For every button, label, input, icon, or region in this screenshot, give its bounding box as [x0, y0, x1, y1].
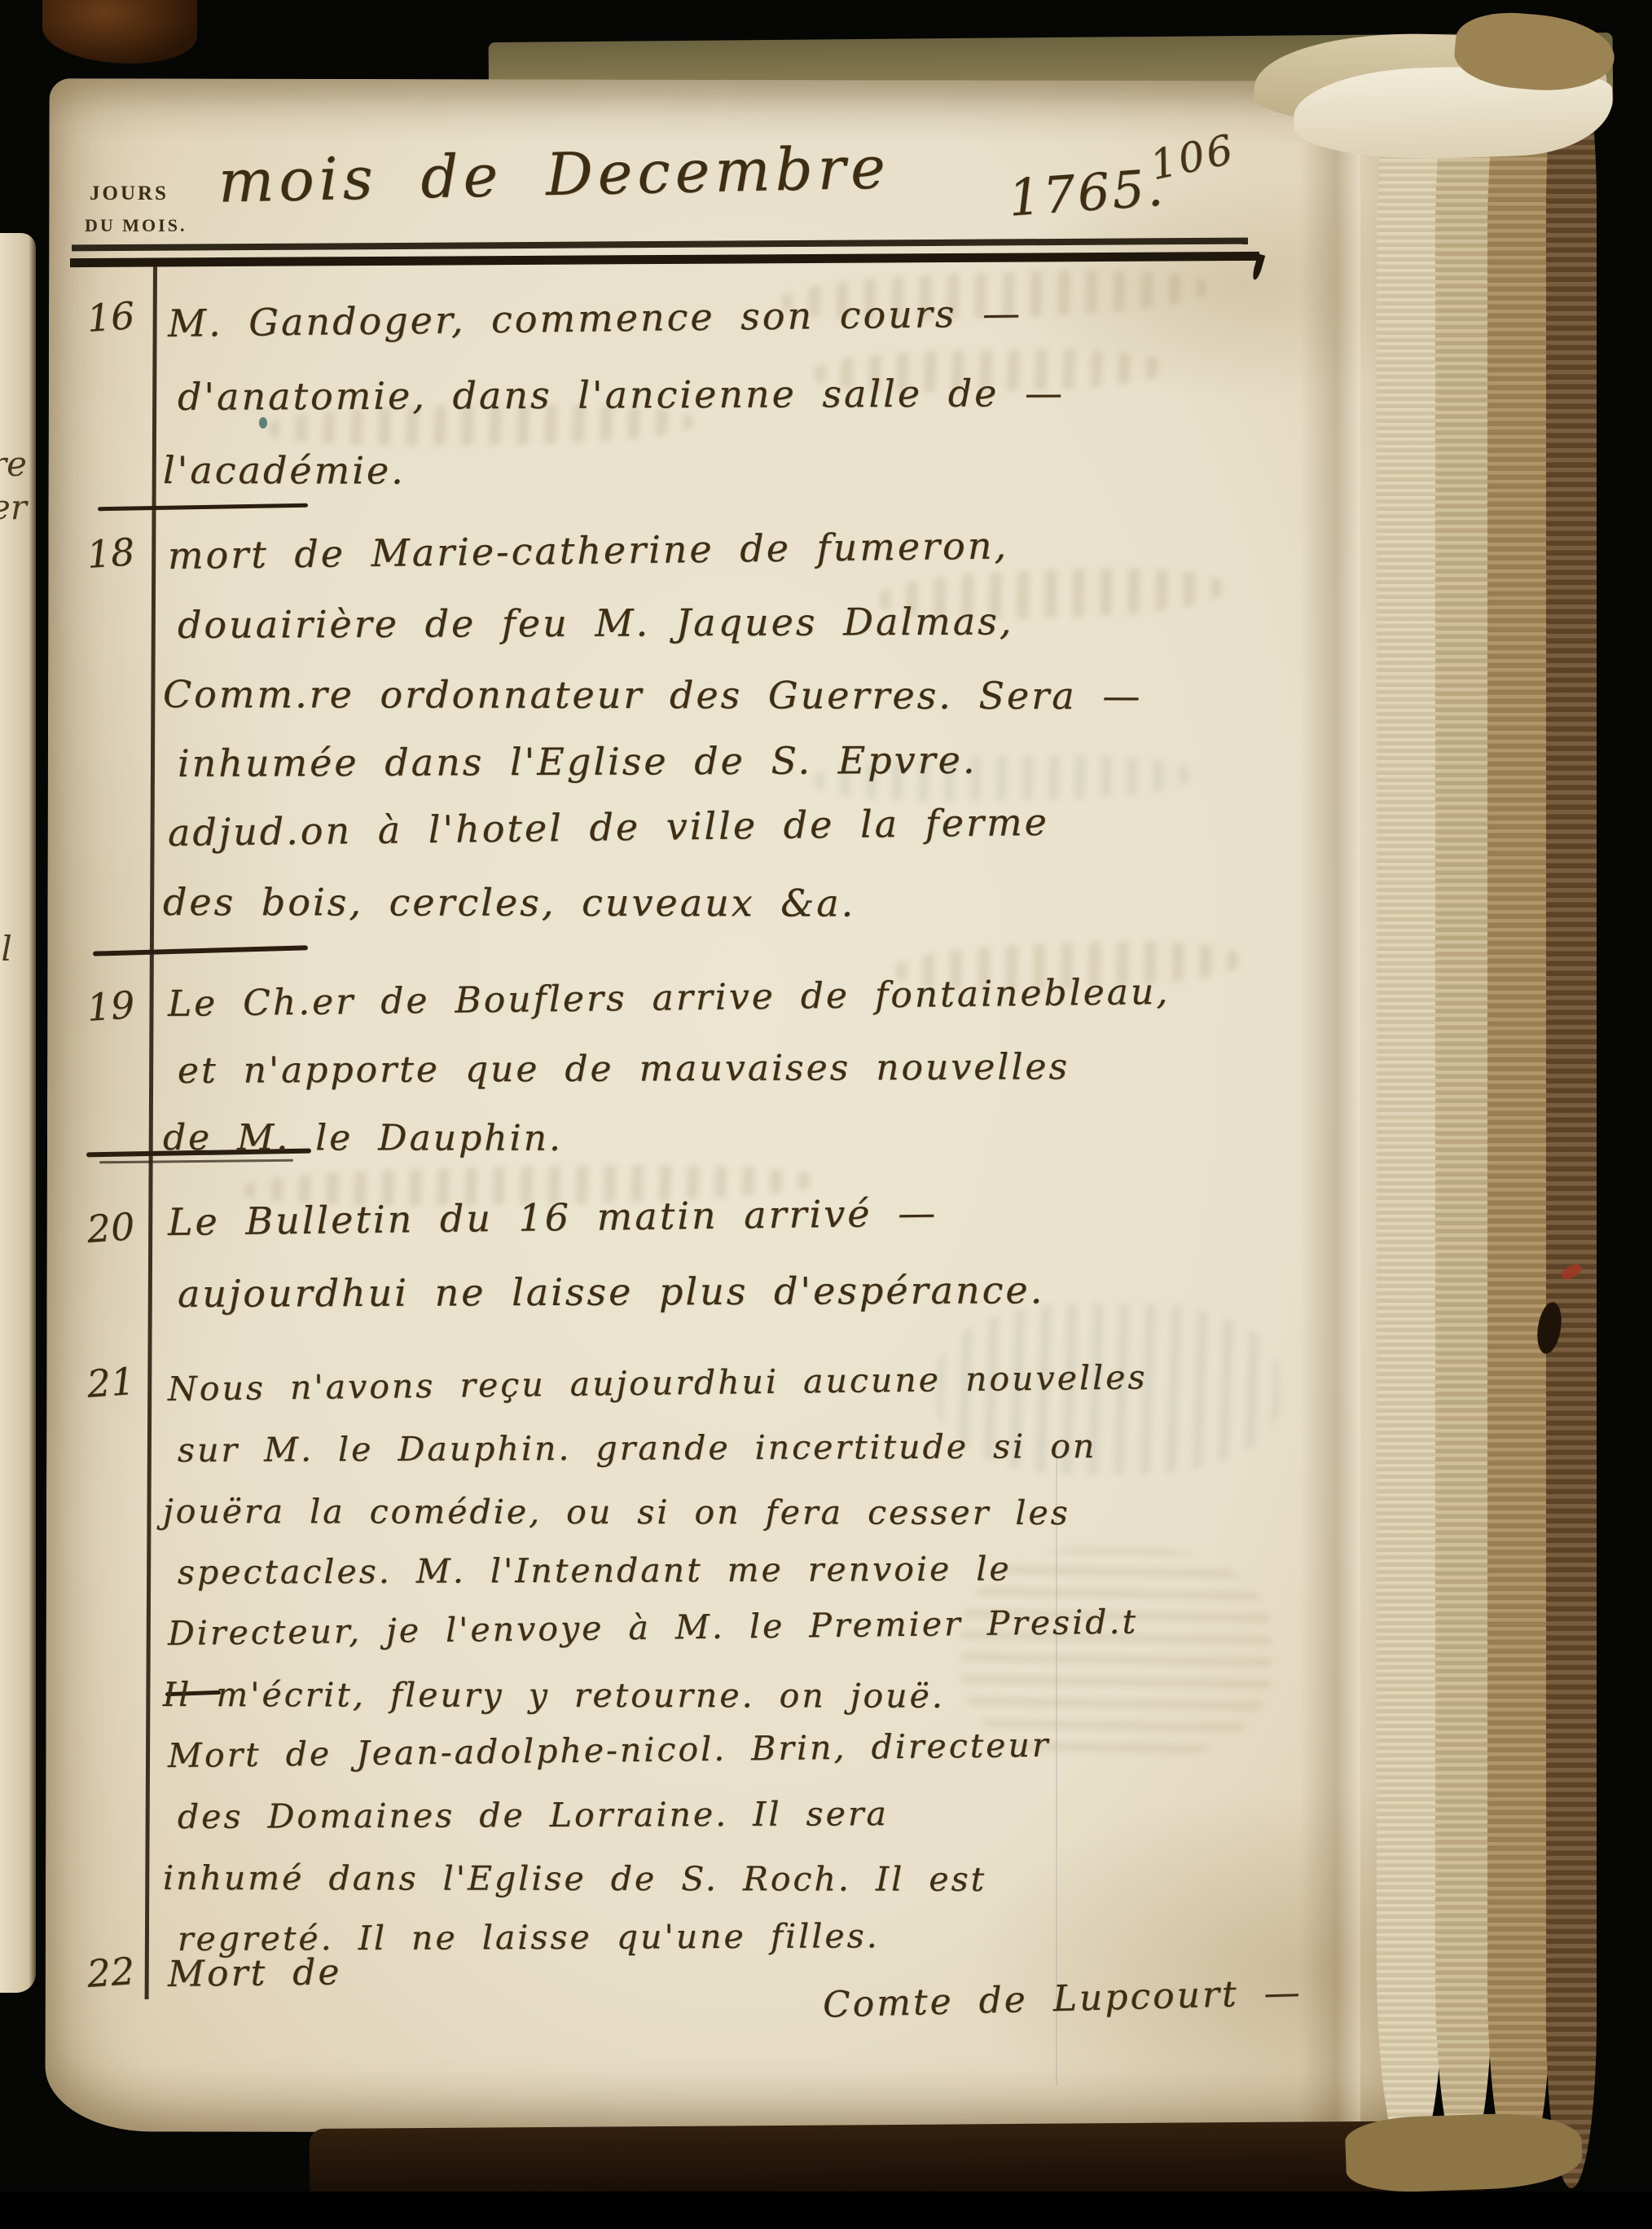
facing-page-text-fragment: ;	[0, 371, 2, 411]
page-title: mois de Decembre	[217, 133, 890, 215]
entry-line: l'académie.	[163, 433, 1050, 508]
background	[0, 2192, 1652, 2229]
fore-edge-pages	[1377, 49, 1443, 2159]
entry-line: Nous n'avons reçu aujourdhui aucune nouv…	[168, 1347, 1148, 1420]
page-year: 1765.	[1007, 157, 1167, 227]
entry-line: Mort de Jean-adolphe-nicol. Brin, direct…	[168, 1713, 1148, 1787]
day-number: 20	[78, 1203, 143, 1251]
printed-label-du-mois: DU MOIS.	[85, 215, 187, 236]
entry-text: Le Ch.er de Bouflers arrive de fontaineb…	[168, 971, 1170, 1172]
entry-text: Nous n'avons reçu aujourdhui aucune nouv…	[168, 1359, 1148, 1970]
entry-text: Mort de	[168, 1944, 341, 2005]
entry-line: d'anatomie, dans l'ancienne salle de —	[178, 356, 1065, 433]
book-cover-corner	[42, 0, 197, 64]
entry-text: mort de Marie-catherine de fumeron,douai…	[168, 521, 1147, 937]
entry-line: M. Gandoger, commence son cours —	[167, 276, 1055, 360]
entry-line: de M. le Dauphin.	[163, 1105, 1166, 1173]
entry-line: mort de Marie-catherine de fumeron,	[167, 509, 1147, 591]
fore-edge-bottom	[1344, 2111, 1583, 2194]
entry-line: jouëra la comédie, ou si on fera cesser …	[163, 1481, 1143, 1544]
facing-page-text-fragment: er	[0, 487, 27, 527]
fore-edge-pages	[1487, 41, 1551, 2175]
day-number: 21	[78, 1358, 143, 1406]
entry-line: des bois, cercles, cuveaux &a.	[163, 868, 1143, 939]
entry-text: M. Gandoger, commence son cours —d'anato…	[168, 287, 1055, 507]
day-number: 16	[78, 292, 143, 341]
day-number: 18	[78, 529, 143, 577]
entry-line: douairière de feu M. Jaques Dalmas,	[178, 587, 1158, 660]
fore-edge-pages	[1435, 44, 1492, 2167]
entry-line: Le Ch.er de Bouflers arrive de fontaineb…	[167, 959, 1170, 1038]
entry-line: des Domaines de Lorraine. Il sera	[178, 1783, 1158, 1848]
day-number: 19	[78, 982, 143, 1030]
page-crease	[1300, 81, 1360, 2128]
entry-line: Directeur, je l'envoye à M. le Premier P…	[168, 1591, 1148, 1664]
facing-page-text-fragment: il	[0, 929, 12, 969]
entry-line: adjud.on à l'hotel de ville de la ferme	[167, 786, 1147, 868]
printed-label-jours: JOURS	[90, 182, 169, 205]
entry-line: inhumé dans l'Eglise de S. Roch. Il est	[163, 1848, 1143, 1910]
entry-line: sur M. le Dauphin. grande incertitude si…	[178, 1416, 1158, 1481]
entry-line: Le Bulletin du 16 matin arrivé —	[167, 1176, 1035, 1258]
facing-page-edge: ;reeril	[0, 233, 36, 1993]
entry-line: Comm.re ordonnateur des Guerres. Sera —	[163, 660, 1143, 731]
fore-edge-pages	[1546, 37, 1597, 2188]
entry-line: aujourdhui ne laisse plus d'espérance.	[178, 1254, 1045, 1330]
entry-line: et n'apporte que de mauvaises nouvelles	[178, 1034, 1180, 1105]
day-number: 22	[78, 1948, 143, 1996]
facing-page-text-fragment: re	[0, 444, 27, 484]
scanned-book-photo: JOURS DU MOIS. mois de Decembre 1765. 10…	[0, 0, 1652, 2229]
entry-text: Le Bulletin du 16 matin arrivé —aujourdh…	[168, 1186, 1035, 1330]
entry-line: Mort de	[168, 1941, 342, 2005]
